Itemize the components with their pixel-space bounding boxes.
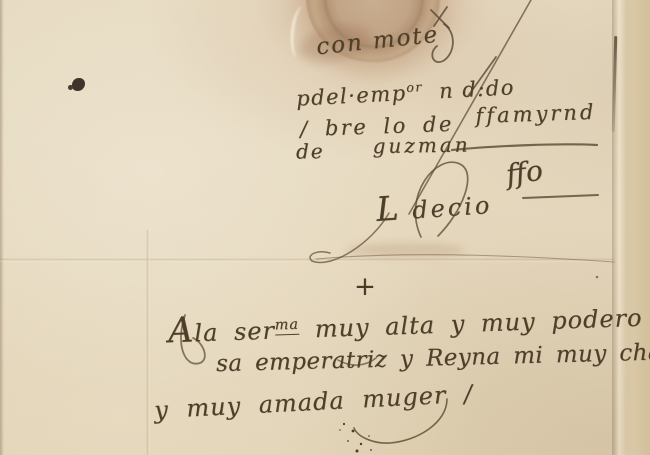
horizontal-fold-crease [0,258,614,262]
ink-blot [72,78,85,91]
guzman-underline [452,144,597,150]
address-line1-start: Ala ser [167,308,275,352]
manuscript-letter-photo: con mote pdel·emporn d:do / bre lo deffa… [0,0,650,455]
address-line1-superscript: ma [274,317,299,336]
address-line1-rest: muy alta y muy podero [314,304,643,343]
address-line3: y muy amada muger / [153,380,473,425]
dorso-note-line4-raised-word: guzman [372,132,470,158]
dorso-note-line2-tail: n d:do [438,75,515,103]
cross-mark: + [354,272,376,302]
brown-stain [345,243,465,257]
dorso-note-line4: deguzman [296,136,471,163]
dorso-signature-left: L decio [375,182,494,229]
dorso-note-line3-raised-word: ffamyrnd [475,100,597,128]
dorso-note-line4-text: de [296,139,325,163]
vertical-fold-crease [146,230,150,455]
paper-right-fold [612,0,650,455]
dorso-note-line2-text: pdel·emp [296,81,408,111]
ffo-underline [523,195,598,198]
dorso-signature-paraph: ffo [504,154,545,192]
dorso-note-line2-superscript: or [406,79,423,95]
paper-left-edge-shadow [0,0,4,455]
